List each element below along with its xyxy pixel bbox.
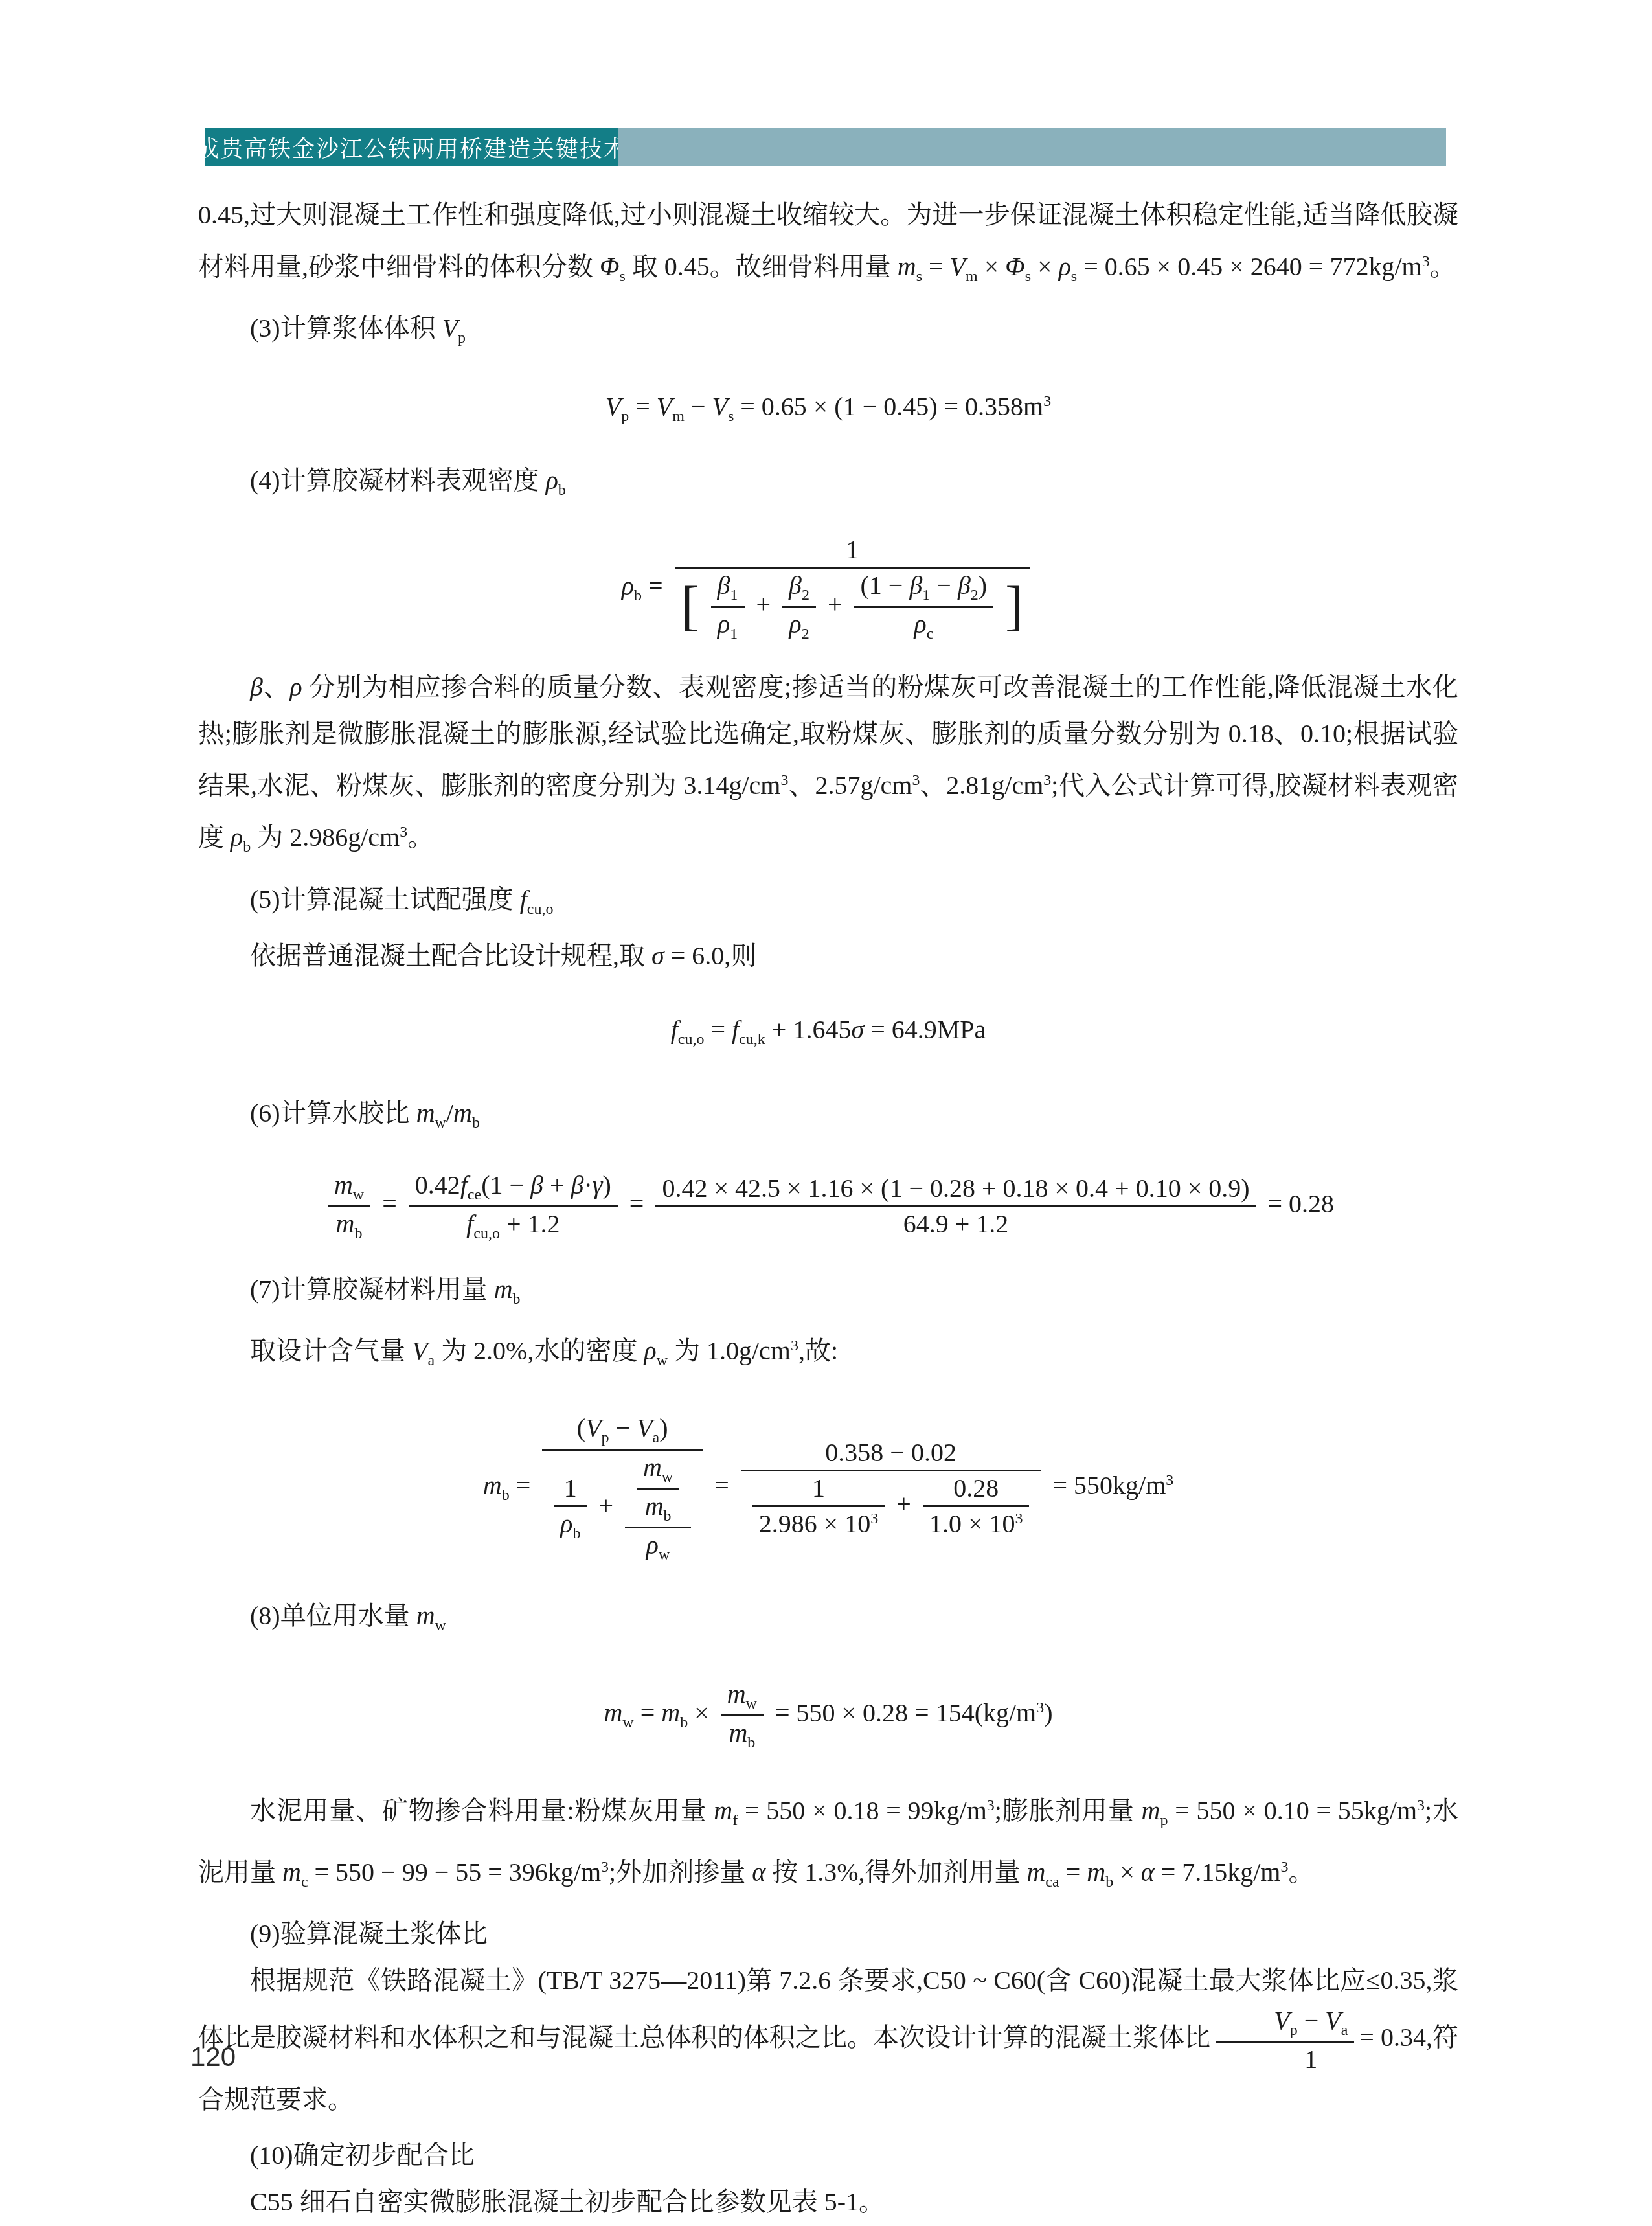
page-number: 120 <box>190 2041 236 2073</box>
fraction-symbolic: 0.42fce(1 − β + β·γ) fcu,o + 1.2 <box>409 1168 618 1244</box>
heading-step-10: (10)确定初步配合比 <box>198 2132 1458 2179</box>
fraction-inv-rho-b: 1 ρb <box>554 1471 587 1544</box>
paragraph-sigma: 依据普通混凝土配合比设计规程,取 σ = 6.0,则 <box>198 933 1458 979</box>
heading-step-8: (8)单位用水量 mw <box>198 1593 1458 1649</box>
fraction-main: 1 [ β1 ρ1 + β2 ρ2 + (1 − β1 − β2) <box>675 533 1030 644</box>
fraction-wb-over-rho-w: mw mb ρw <box>625 1451 691 1566</box>
fraction-mw-mb: mw mb <box>328 1168 370 1244</box>
formula-unit-water: mw = mb × mw mb = 550 × 0.28 = 154(kg/m3… <box>198 1677 1458 1753</box>
formula-binder-content: mb = (Vp − Va) 1 ρb + mw mb <box>198 1411 1458 1565</box>
book-title: 成贵高铁金沙江公铁两用桥建造关键技术 <box>196 131 628 164</box>
fraction-beta1: β1 ρ1 <box>711 569 745 644</box>
heading-step-7: (7)计算胶凝材料用量 mb <box>198 1266 1458 1323</box>
fraction-beta2: β2 ρ2 <box>782 569 816 644</box>
right-bracket: ] <box>1005 576 1023 636</box>
paragraph-paste-ratio: 根据规范《铁路混凝土》(TB/T 3275—2011)第 7.2.6 条要求,C… <box>198 1957 1458 2123</box>
fraction-cement: (1 − β1 − β2) ρc <box>854 569 994 644</box>
book-page: 成贵高铁金沙江公铁两用桥建造关键技术 0.45,过大则混凝土工作性和强度降低,过… <box>0 0 1652 2226</box>
formula-trial-strength: fcu,o = fcu,k + 1.645σ = 64.9MPa <box>198 1006 1458 1063</box>
paragraph-table-reference: C55 细石自密实微膨胀混凝土初步配合比参数见表 5-1。 <box>198 2179 1458 2225</box>
fraction-mw-mb: mw mb <box>721 1677 764 1753</box>
running-header-accent-band <box>618 128 1446 166</box>
formula-water-binder-ratio: mw mb = 0.42fce(1 − β + β·γ) fcu,o + 1.2… <box>198 1168 1458 1244</box>
fraction-numeric: 0.42 × 42.5 × 1.16 × (1 − 0.28 + 0.18 × … <box>655 1172 1256 1241</box>
formula-binder-density: ρb = 1 [ β1 ρ1 + β2 ρ2 + (1 − β <box>198 533 1458 644</box>
fraction-paste-ratio: Vp − Va1 <box>1216 2004 1354 2076</box>
fraction-symbolic: (Vp − Va) 1 ρb + mw mb ρ <box>542 1411 703 1565</box>
formula-lhs: ρb = <box>622 571 663 600</box>
heading-step-5: (5)计算混凝土试配强度 fcu,o <box>198 876 1458 933</box>
formula-result: = 0.28 <box>1268 1189 1335 1218</box>
fraction-numeric-b: 0.28 1.0 × 103 <box>923 1471 1030 1541</box>
heading-step-6: (6)计算水胶比 mw/mb <box>198 1090 1458 1146</box>
formula-lhs: mb = <box>483 1471 530 1500</box>
page-body: 0.45,过大则混凝土工作性和强度降低,过小则混凝土收缩较大。为进一步保证混凝土… <box>198 192 1458 2225</box>
paragraph-material-amounts: 水泥用量、矿物掺合料用量:粉煤灰用量 mf = 550 × 0.18 = 99k… <box>198 1782 1458 1906</box>
formula-paste-volume: Vp = Vm − Vs = 0.65 × (1 − 0.45) = 0.358… <box>198 378 1458 440</box>
fraction-numeric-a: 1 2.986 × 103 <box>752 1471 885 1541</box>
running-header: 成贵高铁金沙江公铁两用桥建造关键技术 <box>205 128 1446 166</box>
heading-step-9: (9)验算混凝土浆体比 <box>198 1911 1458 1957</box>
heading-step-4: (4)计算胶凝材料表观密度 ρb <box>198 457 1458 514</box>
running-header-title-band: 成贵高铁金沙江公铁两用桥建造关键技术 <box>205 128 618 166</box>
paragraph-fine-aggregate: 0.45,过大则混凝土工作性和强度降低,过小则混凝土收缩较大。为进一步保证混凝土… <box>198 192 1458 300</box>
paragraph-air-content: 取设计含气量 Va 为 2.0%,水的密度 ρw 为 1.0g/cm3,故: <box>198 1323 1458 1384</box>
heading-step-3: (3)计算浆体体积 Vp <box>198 305 1458 361</box>
paragraph-admixture-fractions: β、ρ 分别为相应掺合料的质量分数、表观密度;掺适当的粉煤灰可改善混凝土的工作性… <box>198 664 1458 871</box>
fraction-mw-mb-nested: mw mb <box>637 1451 679 1527</box>
formula-result: = 550kg/m3 <box>1052 1471 1173 1500</box>
formula-result: = 550 × 0.28 = 154(kg/m3) <box>775 1698 1053 1727</box>
fraction-numeric: 0.358 − 0.02 1 2.986 × 103 + 0.28 1.0 × … <box>741 1436 1041 1541</box>
left-bracket: [ <box>681 576 699 636</box>
